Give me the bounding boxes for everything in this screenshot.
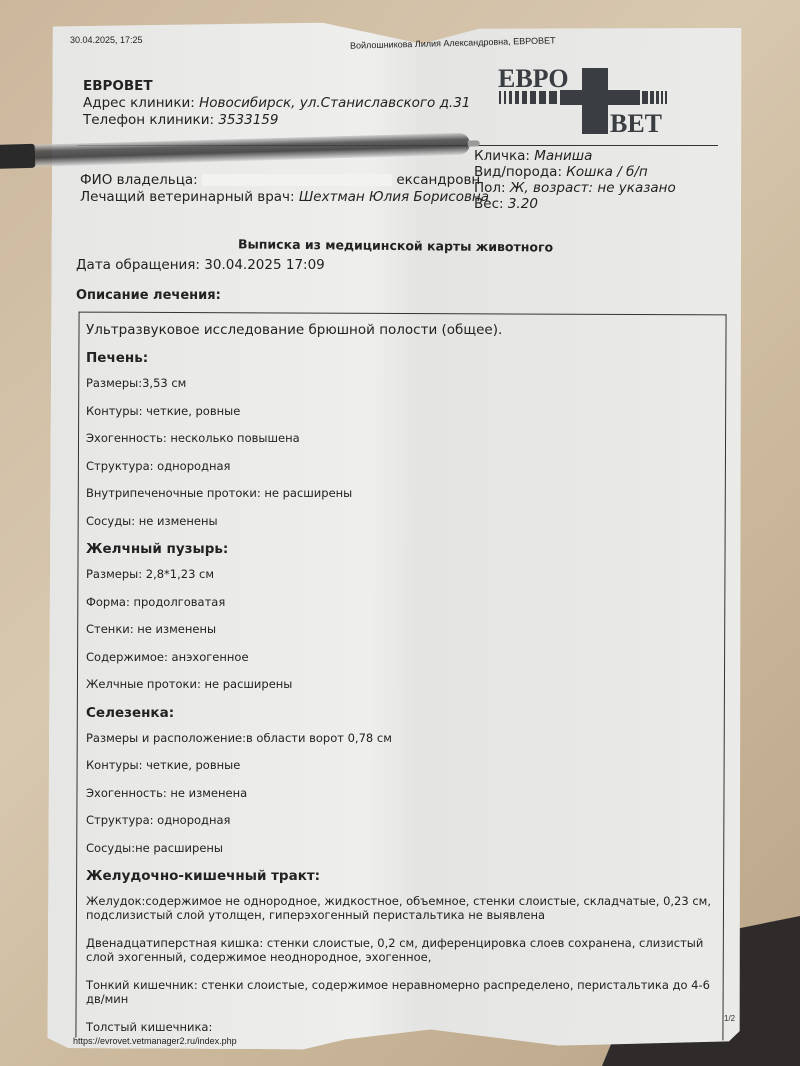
owner-label: ФИО владельца: bbox=[80, 172, 198, 188]
doctor-row: Лечащий ветеринарный врач: Шехтман Юлия … bbox=[80, 189, 489, 206]
svg-text:ВЕТ: ВЕТ bbox=[610, 109, 662, 134]
owner-info: ФИО владельца: ександровн Лечащий ветери… bbox=[80, 172, 489, 206]
pen-tip bbox=[468, 140, 480, 146]
list-item: Размеры:3,53 см bbox=[86, 376, 726, 390]
pet-weight-label: Вес: bbox=[474, 196, 504, 212]
section-spleen: Селезенка: Размеры и расположение:в обла… bbox=[86, 705, 726, 855]
pet-species-row: Вид/порода: Кошка / б/п bbox=[474, 164, 676, 180]
section-title: Селезенка: bbox=[86, 705, 726, 721]
list-item: Тонкий кишечник: стенки слоистые, содерж… bbox=[86, 978, 711, 1006]
print-datetime: 30.04.2025, 17:25 bbox=[70, 35, 143, 45]
list-item: Структура: однородная bbox=[86, 813, 726, 827]
section-gallbladder: Желчный пузырь: Размеры: 2,8*1,23 см Фор… bbox=[86, 541, 726, 691]
pet-name-row: Кличка: Маниша bbox=[474, 148, 676, 164]
list-item: Содержимое: анэхогенное bbox=[86, 650, 726, 664]
owner-name-tail: ександровн bbox=[396, 172, 480, 188]
list-item: Размеры: 2,8*1,23 см bbox=[86, 567, 726, 581]
pet-sex-label: Пол: bbox=[474, 180, 506, 196]
list-item: Форма: продолговатая bbox=[86, 595, 726, 609]
clinic-address: Адрес клиники: Новосибирск, ул.Станислав… bbox=[83, 95, 470, 112]
footer-url: https://evrovet.vetmanager2.ru/index.php bbox=[73, 1036, 237, 1046]
clinic-info: ЕВРОВЕТ Адрес клиники: Новосибирск, ул.С… bbox=[83, 78, 470, 129]
list-item: Структура: однородная bbox=[86, 459, 726, 473]
section-title: Печень: bbox=[86, 350, 726, 366]
pet-weight: 3.20 bbox=[508, 196, 538, 212]
section-gi-tract: Желудочно-кишечный тракт: Желудок:содерж… bbox=[86, 868, 726, 1034]
list-item: Контуры: четкие, ровные bbox=[86, 758, 726, 772]
pet-name-label: Кличка: bbox=[474, 148, 530, 164]
exam-title: Ультразвуковое исследование брюшной поло… bbox=[86, 322, 726, 338]
svg-text:ЕВРО: ЕВРО bbox=[498, 64, 569, 93]
list-item: Размеры и расположение:в области ворот 0… bbox=[86, 731, 726, 745]
list-item: Толстый кишечника: bbox=[86, 1020, 711, 1034]
owner-name-row: ФИО владельца: ександровн bbox=[80, 172, 489, 189]
list-item: Сосуды:не расширены bbox=[86, 841, 726, 855]
evrovet-logo-icon: ЕВРО ВЕТ bbox=[496, 62, 672, 134]
section-title: Желудочно-кишечный тракт: bbox=[86, 868, 726, 884]
clinic-phone-label: Телефон клиники: bbox=[83, 112, 214, 128]
list-item: Двенадцатиперстная кишка: стенки слоисты… bbox=[86, 936, 711, 964]
list-item: Эхогенность: несколько повышена bbox=[86, 431, 726, 445]
doctor-name: Шехтман Юлия Борисовна bbox=[299, 189, 489, 205]
doctor-label: Лечащий ветеринарный врач: bbox=[80, 189, 295, 205]
page-number: 1/2 bbox=[724, 1014, 735, 1023]
pet-sex-age-row: Пол: Ж, возраст: не указано bbox=[474, 180, 676, 196]
section-title: Желчный пузырь: bbox=[86, 541, 726, 557]
treatment-content: Ультразвуковое исследование брюшной поло… bbox=[86, 322, 726, 1048]
visit-date-value: 30.04.2025 17:09 bbox=[204, 257, 325, 273]
list-item: Внутрипеченочные протоки: не расширены bbox=[86, 486, 726, 500]
clinic-address-value: Новосибирск, ул.Станиславского д.31 bbox=[199, 95, 470, 111]
redacted-owner-name bbox=[202, 174, 392, 186]
pet-name: Маниша bbox=[534, 148, 592, 164]
clinic-address-label: Адрес клиники: bbox=[83, 95, 195, 111]
pet-sex-age: Ж, возраст: не указано bbox=[510, 180, 676, 196]
section-liver: Печень: Размеры:3,53 см Контуры: четкие,… bbox=[86, 350, 726, 528]
list-item: Сосуды: не изменены bbox=[86, 514, 726, 528]
list-item: Желудок:содержимое не однородное, жидкос… bbox=[86, 894, 711, 922]
treatment-label: Описание лечения: bbox=[76, 288, 221, 303]
pet-info: Кличка: Маниша Вид/порода: Кошка / б/п П… bbox=[474, 148, 676, 212]
list-item: Желчные протоки: не расширены bbox=[86, 677, 726, 691]
pet-species: Кошка / б/п bbox=[566, 164, 647, 180]
clinic-name: ЕВРОВЕТ bbox=[83, 78, 470, 95]
pet-species-label: Вид/порода: bbox=[474, 164, 562, 180]
clinic-phone: Телефон клиники: 3533159 bbox=[83, 112, 470, 129]
pet-weight-row: Вес: 3.20 bbox=[474, 196, 676, 212]
list-item: Эхогенность: не изменена bbox=[86, 786, 726, 800]
visit-date-label: Дата обращения: bbox=[76, 257, 200, 273]
visit-date: Дата обращения: 30.04.2025 17:09 bbox=[76, 257, 325, 273]
list-item: Контуры: четкие, ровные bbox=[86, 404, 726, 418]
clinic-phone-value: 3533159 bbox=[218, 112, 278, 128]
pen-cap bbox=[0, 144, 35, 169]
list-item: Стенки: не изменены bbox=[86, 622, 726, 636]
